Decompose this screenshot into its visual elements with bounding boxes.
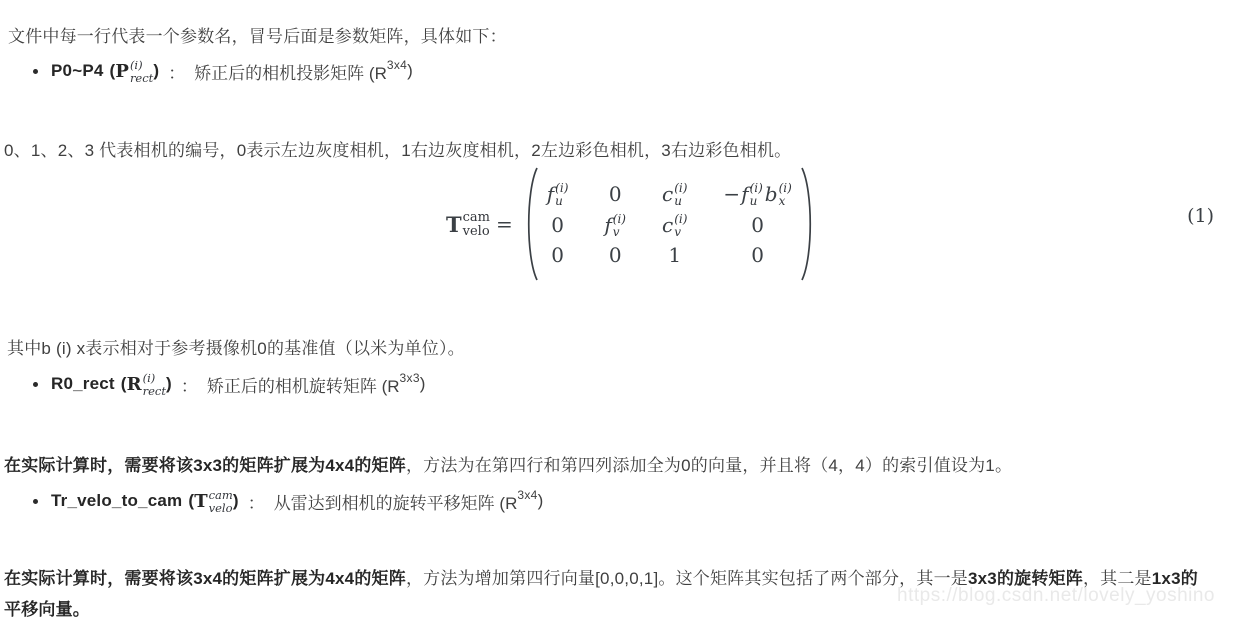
matrix-cell: 0 bbox=[551, 243, 564, 267]
desc-paren-close: ) bbox=[538, 491, 544, 511]
param-description: 从雷达到相机的旋转平移矩阵 (R bbox=[274, 489, 518, 514]
math-t-velo-cam-inline: T cam velo bbox=[194, 488, 233, 513]
matrix-cell: 0 bbox=[609, 243, 622, 267]
param-name: Tr_velo_to_cam bbox=[51, 491, 182, 511]
baseline-explanation-paragraph: 其中b (i) x表示相对于参考摄像机0的基准值（以米为单位）。 bbox=[7, 337, 465, 362]
matrix-cell: f (i)v bbox=[604, 212, 626, 238]
matrix-cell: 0 bbox=[609, 182, 622, 206]
param-description: 矫正后的相机投影矩阵 (R bbox=[194, 59, 387, 84]
equation-body: T cam velo = f (i)u 0 c (i)u bbox=[446, 160, 817, 288]
equation-number: (1) bbox=[1187, 205, 1214, 227]
desc-paren-close: ) bbox=[407, 61, 413, 81]
equals-sign: = bbox=[496, 212, 513, 236]
math-t-velo-cam: T cam velo bbox=[446, 210, 490, 239]
matrix-cell: c (i)v bbox=[662, 212, 687, 238]
matrix-cell: 0 bbox=[551, 213, 564, 237]
matrix-paren-left bbox=[522, 165, 539, 283]
paren-close: ) bbox=[233, 491, 239, 511]
math-r-rect: R (i) rect bbox=[127, 371, 166, 396]
bullet-item-r0-rect: R0_rect ( R (i) rect ) ： 矫正后的相机旋转矩阵 (R3x… bbox=[33, 367, 425, 401]
colon-separator: ： bbox=[168, 59, 185, 84]
intro-paragraph: 文件中每一行代表一个参数名，冒号后面是参数矩阵，具体如下： bbox=[8, 25, 507, 50]
bullet-marker bbox=[33, 382, 38, 387]
bullet-marker bbox=[33, 499, 38, 504]
matrix-cell: f (i)u bbox=[547, 181, 569, 207]
matrix-cell: c (i)u bbox=[662, 181, 687, 207]
display-equation: T cam velo = f (i)u 0 c (i)u bbox=[0, 160, 1241, 288]
regular-segment: ，方法为增加第四行向量[0,0,0,1]。这个矩阵其实包括了两个部分，其一是 bbox=[406, 569, 968, 588]
colon-separator: ： bbox=[248, 489, 265, 514]
matrix-cell: 0 bbox=[751, 213, 764, 237]
matrix-dimension-sup: 3x4 bbox=[517, 488, 537, 502]
param-description: 矫正后的相机旋转矩阵 (R bbox=[207, 372, 400, 397]
matrix-cells: f (i)u 0 c (i)u − f (i)u b (i)x bbox=[539, 181, 800, 268]
matrix-cell: 1 bbox=[668, 243, 681, 267]
matrix-dimension-sup: 3x4 bbox=[387, 58, 407, 72]
bullet-marker bbox=[33, 69, 38, 74]
desc-paren-close: ) bbox=[420, 374, 426, 394]
matrix-paren-right bbox=[800, 165, 817, 283]
matrix-dimension-sup: 3x3 bbox=[400, 371, 420, 385]
regular-segment: ，方法为在第四行和第四列添加全为0的向量，并且将（4，4）的索引值设为1。 bbox=[406, 456, 1012, 475]
paren-close: ) bbox=[153, 61, 159, 81]
bullet-item-tr-velo-to-cam: Tr_velo_to_cam ( T cam velo ) ： 从雷达到相机的旋… bbox=[33, 484, 543, 518]
param-name: R0_rect bbox=[51, 374, 115, 394]
expand-3x3-paragraph: 在实际计算时，需要将该3x3的矩阵扩展为4x4的矩阵，方法为在第四行和第四列添加… bbox=[4, 454, 1012, 479]
math-p-rect: P (i) rect bbox=[115, 58, 153, 83]
matrix-cell: − f (i)u b (i)x bbox=[723, 181, 791, 207]
bold-segment: 在实际计算时，需要将该3x4的矩阵扩展为4x4的矩阵 bbox=[4, 569, 406, 588]
colon-separator: ： bbox=[181, 372, 198, 397]
paren-close: ) bbox=[166, 374, 172, 394]
param-name: P0~P4 bbox=[51, 61, 104, 81]
matrix-cell: 0 bbox=[751, 243, 764, 267]
csdn-watermark: https://blog.csdn.net/lovely_yoshino bbox=[897, 585, 1215, 607]
bullet-item-p0-p4: P0~P4 ( P (i) rect ) ： 矫正后的相机投影矩阵 (R3x4) bbox=[33, 54, 413, 88]
bold-segment: 在实际计算时，需要将该3x3的矩阵扩展为4x4的矩阵 bbox=[4, 456, 406, 475]
